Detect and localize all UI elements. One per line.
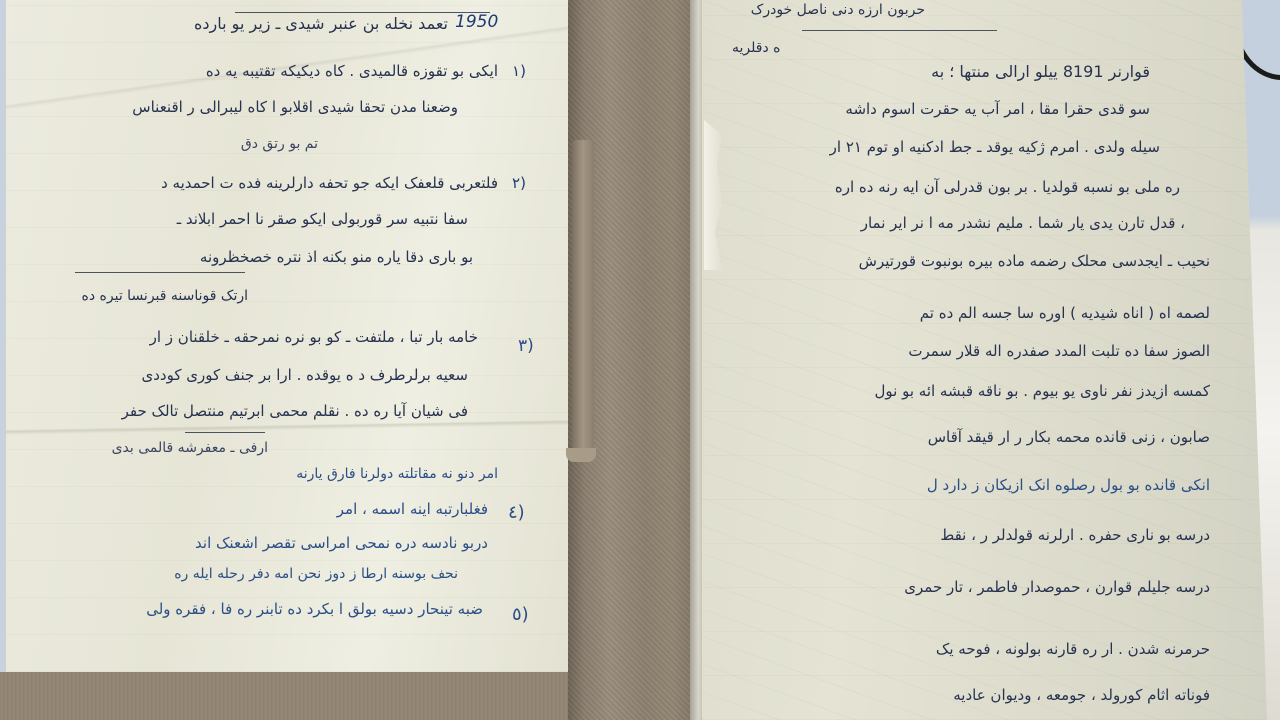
spine-page-edge	[690, 0, 704, 720]
handwritten-line: حرمرنه شدن . ار ره قارنه بولونه ، فوحه ی…	[936, 640, 1210, 658]
handwritten-line: سعیه برلرطرف د ه یوقده . ارا بر جنف کوری…	[142, 366, 468, 384]
spine-tab	[566, 448, 596, 462]
handwritten-line: تم بو رتق دق	[241, 136, 318, 152]
handwritten-line: ارتک قوناسنه قبرنسا تیره ده	[82, 288, 248, 304]
handwritten-line: نحف بوسنه ارطا ز دوز نحن امه دفر رحله ای…	[174, 566, 458, 582]
page-edge	[0, 0, 6, 672]
spine-fold	[572, 140, 594, 460]
handwritten-line: ضبه تینحار دسیه بولق ا بکرد ده تابنر ره …	[146, 600, 483, 618]
handwritten-line: کمسه ازیدز نفر ناوی یو بیوم . بو ناقه قب…	[875, 382, 1211, 400]
handwritten-line: امر دنو نه مقاتلته دولرنا فارق یارنه	[296, 466, 498, 482]
handwritten-line: وضعنا مدن تحقا شیدی اقلابو ا کاه لیبرالی…	[132, 98, 458, 116]
item-marker: ٣)	[518, 336, 534, 356]
item-marker: ٢)	[512, 174, 526, 192]
text-underline	[185, 432, 265, 433]
notebook-photo: 1950 تعمد نخله بن عنبر شیدی ـ زیر یو بار…	[0, 0, 1280, 720]
handwritten-line: فی شیان آیا ره ده . نقلم محمی ابرتیم منت…	[122, 402, 468, 420]
handwritten-line: سو قدی حقرا مقا ، امر آب یه حقرت اسوم دا…	[845, 100, 1150, 118]
text-underline	[75, 272, 245, 273]
handwritten-line: درسه بو ناری حفره . ارلرنه قولدلر ر ، نق…	[940, 526, 1210, 544]
handwritten-line: ایکی بو تقوزه قالمیدی . کاه دیکیکه تقتیب…	[206, 62, 498, 80]
handwritten-line: ره ملی بو نسبه قولدیا . بر بون قدرلی آن …	[835, 178, 1180, 196]
left-page: 1950 تعمد نخله بن عنبر شیدی ـ زیر یو بار…	[0, 0, 568, 674]
handwritten-line: نحیب ـ ایجدسی محلک رضمه ماده بیره بونبوت…	[859, 252, 1210, 270]
item-marker: ٥)	[512, 604, 529, 625]
handwritten-line: سفا نتبیه سر قوربولی ایکو صقر نا احمر اب…	[177, 210, 468, 228]
heading-underline	[802, 30, 997, 31]
handwritten-line: ه دقلریه	[732, 40, 780, 56]
handwritten-line: انکی قانده بو بول رصلوه انک ازیکان ز دار…	[927, 476, 1210, 494]
left-heading: تعمد نخله بن عنبر شیدی ـ زیر یو بارده	[194, 14, 448, 33]
right-heading: حربون ارزه دنی ناصل خودرک	[751, 2, 925, 18]
heading-underline	[235, 12, 490, 13]
left-year: 1950	[455, 12, 498, 32]
handwritten-line: فوناته اثام کورولد ، جومعه ، ودیوان عادی…	[953, 686, 1210, 704]
handwritten-line: ، قدل تارن یدی یار شما . ملیم نشدر مه ا …	[861, 214, 1185, 232]
handwritten-line: الصوز سفا ده تلبت المدد صفدره اله قلار س…	[908, 342, 1210, 360]
handwritten-line: فلتعربی قلعفک ایکه جو تحفه دارلرینه فده …	[161, 174, 498, 192]
handwritten-line: خامه بار تبا ، ملتفت ـ کو بو نره نمرحقه …	[150, 328, 478, 346]
handwritten-line: سیله ولدی . امرم ژکیه یوقد ـ جط ادکنیه ا…	[830, 138, 1160, 156]
handwritten-line: لصمه اه ( اناه شیدیه ) اوره سا جسه الم د…	[920, 304, 1210, 322]
right-page: حربون ارزه دنی ناصل خودرک ه دقلریه قوارن…	[702, 0, 1270, 720]
book-cover-bottom	[0, 672, 570, 720]
handwritten-line: قوارنر 1918 ییلو ارالی منتها ؛ به	[931, 62, 1150, 81]
handwritten-line: فغلبارتبه اینه اسمه ، امر	[337, 500, 488, 518]
item-marker: ٤)	[508, 502, 525, 523]
handwritten-line: بو باری دقا یاره منو بکنه اذ نتره خصخظرو…	[200, 248, 473, 266]
handwritten-line: دربو نادسه دره نمحی امراسی تقصر اشعنک ان…	[195, 534, 488, 552]
item-marker: ١)	[512, 62, 526, 80]
handwritten-line: صابون ، زنی قانده محمه بکار ر ار قیقد آق…	[928, 428, 1210, 446]
handwritten-line: درسه جلیلم قوارن ، حموصدار فاطمر ، تار ح…	[904, 578, 1210, 596]
handwritten-line: ارفی ـ معفرشه قالمی بدی	[112, 440, 268, 456]
